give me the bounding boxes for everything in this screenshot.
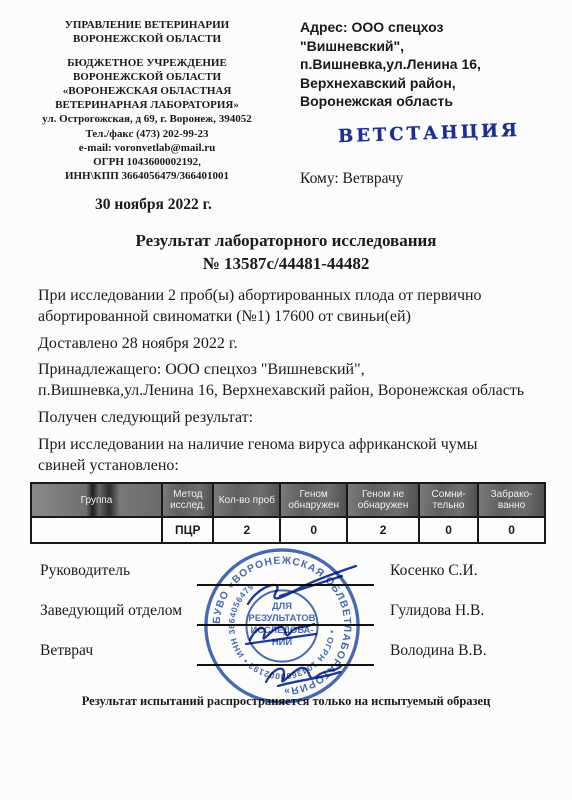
- header-cell-doubtful: Сомни-тельно: [419, 483, 478, 517]
- header-cell-genome-found: Геном обнаружен: [280, 483, 347, 517]
- signature-scribble-1b: [280, 576, 342, 596]
- header-cell-rejected: Забрако-ванно: [478, 483, 545, 517]
- signature-role: Ветврач: [40, 642, 93, 660]
- recipient-block: Адрес: ООО спецхоз "Вишневский", п.Вишне…: [300, 18, 540, 188]
- issuer-line: УПРАВЛЕНИЕ ВЕТЕРИНАРИИ: [38, 18, 256, 32]
- issuer-line: ул. Острогожская, д 69, г. Воронеж, 3940…: [38, 112, 256, 126]
- address-line: Адрес: ООО спецхоз: [300, 18, 540, 37]
- address-line: "Вишневский",: [300, 37, 540, 56]
- report-number: № 13587с/44481-44482: [0, 253, 572, 276]
- address-line: Верхнехавский район,: [300, 74, 540, 93]
- issuer-line: «ВОРОНЕЖСКАЯ ОБЛАСТНАЯ: [38, 84, 256, 98]
- test-line-1: При исследовании на наличие генома вирус…: [38, 436, 477, 453]
- issuer-line: ВОРОНЕЖСКОЙ ОБЛАСТИ: [38, 70, 256, 84]
- issuer-block: УПРАВЛЕНИЕ ВЕТЕРИНАРИИ ВОРОНЕЖСКОЙ ОБЛАС…: [38, 18, 256, 188]
- title-line: Результат лабораторного исследования: [0, 230, 572, 253]
- signature-scribble-1: [248, 566, 356, 604]
- paragraph-samples: При исследовании 2 проб(ы) абортированны…: [38, 286, 544, 328]
- recipient-address: Адрес: ООО спецхоз "Вишневский", п.Вишне…: [300, 18, 540, 111]
- owner-line-2: п.Вишневка,ул.Ленина 16, Верхнехавский р…: [38, 382, 524, 399]
- document-header: УПРАВЛЕНИЕ ВЕТЕРИНАРИИ ВОРОНЕЖСКОЙ ОБЛАС…: [0, 0, 572, 188]
- vetstation-stamp: ВЕТСТАНЦИЯ: [338, 120, 521, 147]
- handwritten-signatures-icon: [190, 560, 420, 710]
- table-data-row: ПЦР 2 0 2 0 0: [31, 517, 545, 543]
- document-title: Результат лабораторного исследования № 1…: [0, 230, 572, 276]
- issuer-line: ОГРН 1043600002192,: [38, 155, 256, 169]
- paragraph-owner: Принадлежащего: ООО спецхоз "Вишневский"…: [38, 360, 544, 402]
- signature-scribble-2b: [246, 634, 316, 644]
- header-cell-sample-count: Кол-во проб: [213, 483, 280, 517]
- cell-genome-found: 0: [280, 517, 347, 543]
- signature-role: Руководитель: [40, 562, 130, 580]
- signature-scribble-2: [250, 624, 314, 640]
- address-line: Воронежская область: [300, 92, 540, 111]
- owner-line-1: Принадлежащего: ООО спецхоз "Вишневский"…: [38, 361, 365, 378]
- issuer-line: ВОРОНЕЖСКОЙ ОБЛАСТИ: [38, 32, 256, 46]
- address-line: п.Вишневка,ул.Ленина 16,: [300, 55, 540, 74]
- recipient-to-line: Кому: Ветврачу: [300, 170, 540, 188]
- cell-sample-count: 2: [213, 517, 280, 543]
- scanned-lab-report: УПРАВЛЕНИЕ ВЕТЕРИНАРИИ ВОРОНЕЖСКОЙ ОБЛАС…: [0, 0, 572, 800]
- paragraph-delivered: Доставлено 28 ноября 2022 г.: [38, 334, 544, 355]
- table-header-row: Группа Метод исслед. Кол-во проб Геном о…: [31, 483, 545, 517]
- body-text: При исследовании 2 проб(ы) абортированны…: [38, 286, 544, 476]
- paragraph-result-intro: Получен следующий результат:: [38, 408, 544, 429]
- issuer-line: ВЕТЕРИНАРНАЯ ЛАБОРАТОРИЯ»: [38, 98, 256, 112]
- test-line-2: свиней установлено:: [38, 457, 179, 474]
- cell-genome-not-found: 2: [347, 517, 419, 543]
- cell-group: [31, 517, 162, 543]
- issuer-line: e-mail: voronvetlab@mail.ru: [38, 141, 256, 155]
- results-table: Группа Метод исслед. Кол-во проб Геном о…: [30, 482, 546, 544]
- header-cell-genome-not-found: Геном не обнаружен: [347, 483, 419, 517]
- header-cell-group: Группа: [31, 483, 162, 517]
- cell-method: ПЦР: [162, 517, 213, 543]
- issuer-line: ИНН\КПП 3664056479/366401001: [38, 169, 256, 183]
- signature-role: Заведующий отделом: [40, 602, 182, 620]
- cell-rejected: 0: [478, 517, 545, 543]
- header-cell-method: Метод исслед.: [162, 483, 213, 517]
- document-date: 30 ноября 2022 г.: [95, 196, 572, 214]
- cell-doubtful: 0: [419, 517, 478, 543]
- issuer-line: Тел./факс (473) 202-99-23: [38, 127, 256, 141]
- paragraph-test-intro: При исследовании на наличие генома вирус…: [38, 435, 544, 477]
- issuer-line: БЮДЖЕТНОЕ УЧРЕЖДЕНИЕ: [38, 56, 256, 70]
